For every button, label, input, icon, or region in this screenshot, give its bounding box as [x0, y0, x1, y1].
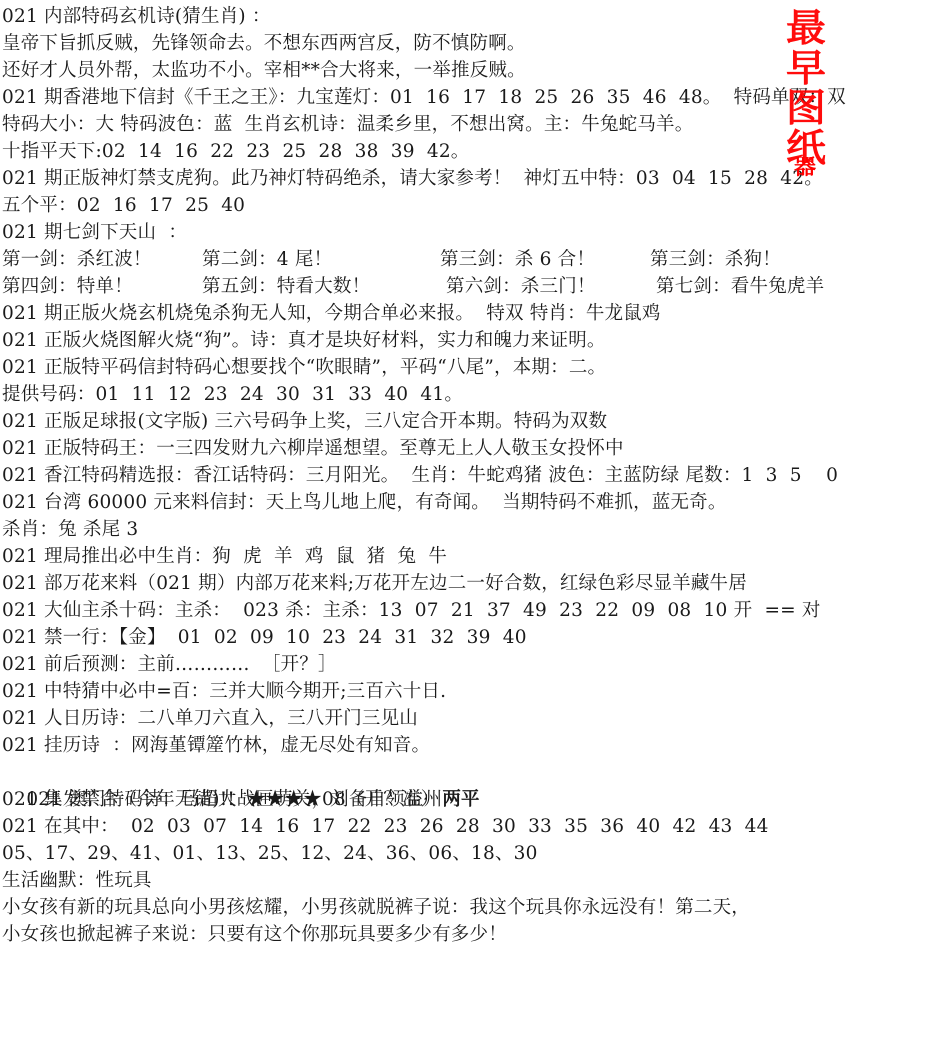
text-line: 021 正版特平码信封特码心想要找个“吹眼睛”，平码“八尾”，本期：二。 [2, 354, 927, 381]
sword-2: 第二剑：4 尾！ [202, 246, 332, 273]
sword-1: 第一剑：杀红波！ [2, 246, 152, 273]
sword-row-2: 第四剑：特单！ 第五剑：特看大数！ 第六剑：杀三门！ 第七剑：看牛兔虎羊 [2, 273, 927, 300]
text-line: 021 正版火烧图解火烧“狗”。诗：真才是块好材料，实力和魄力来证明。 [2, 327, 927, 354]
sword-7: 第七剑：看牛兔虎羊 [656, 273, 824, 300]
watermark-char: 图 [777, 88, 836, 128]
text-line: 杀肖：兔 杀尾 3 [2, 516, 927, 543]
text-line: 021 正版特码王：一三四发财九六柳岸遥想望。至尊无上人人敬玉女投怀中 [2, 435, 927, 462]
text-line: 021 正版足球报(文字版) 三六号码争上奖，三八定合开本期。特码为双数 [2, 408, 927, 435]
text-line: 05、17、29、41、01、13、25、12、24、36、06、18、30 [2, 840, 927, 867]
text-line: 021 在其中： 02 03 07 14 16 17 22 23 26 28 3… [2, 813, 927, 840]
sword-3b: 第三剑：杀狗！ [650, 246, 781, 273]
macau-poem-line: 021 澳门特码诗：马超大战匣萌关，刘备自领益州两平 [2, 759, 927, 786]
text-line: 021 理局推出必中生肖：狗 虎 羊 鸡 鼠 猪 兔 牛 [2, 543, 927, 570]
text-line: 021 期正版火烧玄机烧兔杀狗无人知，今期合单必来报。 特双 特肖：牛龙鼠鸡 [2, 300, 927, 327]
text-line: 021 大仙主杀十码：主杀： 023 杀：主杀：13 07 21 37 49 2… [2, 597, 927, 624]
watermark-char: 早 [777, 48, 836, 88]
text-line: 021 人日历诗：二八单刀六直入，三八开门三见山 [2, 705, 927, 732]
text-line: 021 香江特码精选报：香江话特码：三月阳光。 生肖：牛蛇鸡猪 波色：主蓝防绿 … [2, 462, 927, 489]
sword-6: 第六剑：杀三门！ [446, 273, 596, 300]
sword-row-1: 第一剑：杀红波！ 第二剑：4 尾！ 第三剑：杀 6 合！ 第三剑：杀狗！ [2, 246, 927, 273]
sword-3: 第三剑：杀 6 合！ [440, 246, 595, 273]
text-line: 021 台湾 60000 元来料信封：天上鸟儿地上爬，有奇闻。 当期特码不难抓，… [2, 489, 927, 516]
text-line: 021 期七剑下天山 ： [2, 219, 927, 246]
watermark-char: 最 [777, 8, 836, 48]
text-line: 021 挂历诗 ：网海堇镡簅竹林，虚无尽处有知音。 [2, 732, 927, 759]
macau-poem-overlay: 两平 [442, 789, 479, 810]
text-line: 021 中特猜中必中=百：三并大顺今期开;三百六十日. [2, 678, 927, 705]
text-line: 021 禁一行：【金】 01 02 09 10 23 24 31 32 39 4… [2, 624, 927, 651]
sword-5: 第五剑：特看大数！ [202, 273, 370, 300]
sword-4: 第四剑：特单！ [2, 273, 133, 300]
text-line: 提供号码：01 11 12 23 24 30 31 33 40 41。 [2, 381, 927, 408]
text-line: 021 部万花来料（021 期）内部万花来料;万花开左边二一好合数，红绿色彩尽显… [2, 570, 927, 597]
text-line: 021 前后预测：主前………… ［开？］ [2, 651, 927, 678]
text-line: 小女孩有新的玩具总向小男孩炫耀，小男孩就脱裤子说：我这个玩具你永远没有！第二天， [2, 894, 927, 921]
text-line: 生活幽默：性玩具 [2, 867, 927, 894]
text-line: 小女孩也掀起裤子来说：只要有这个你那玩具要多少有多少！ [2, 921, 927, 948]
watermark-stamp: 最 早 图 纸 [777, 8, 836, 168]
watermark-fragment: 器 [783, 157, 827, 179]
text-line: 五个平：02 16 17 25 40 [2, 192, 927, 219]
